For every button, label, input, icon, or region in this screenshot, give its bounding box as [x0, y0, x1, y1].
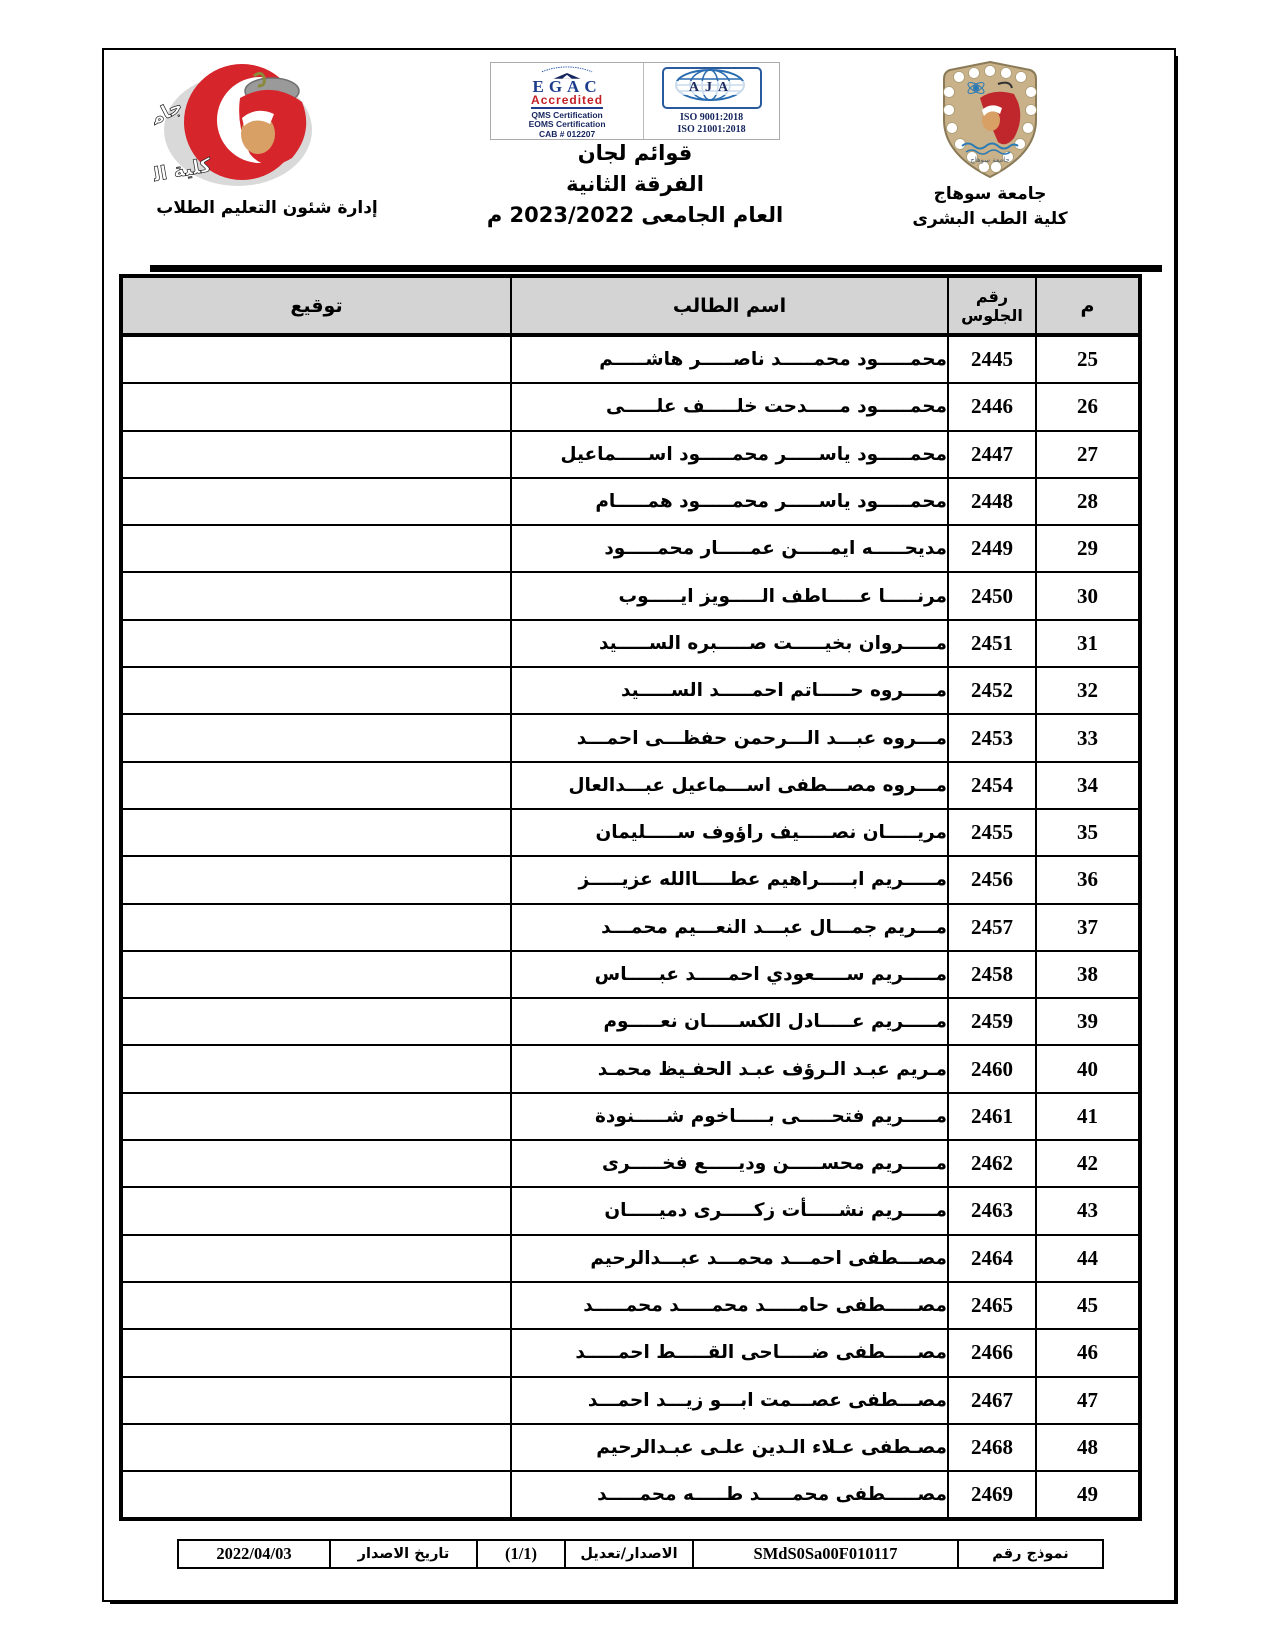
table-row: 41 2461 مـــــريم فتحـــــى بـــــاخوم ش…: [121, 1093, 1140, 1140]
table-header-row: م رقم الجلوس اسم الطالب توقيع: [121, 276, 1140, 335]
table-row: 36 2456 مـــــريم ابـــــراهيم عطـــــاا…: [121, 856, 1140, 903]
aja-iso-line-2: ISO 21001:2018: [678, 124, 746, 136]
student-name-cell: محمـــــود ياســـــر محمـــــود همـــــا…: [511, 478, 948, 525]
serial-cell: 43: [1036, 1187, 1140, 1234]
student-name-cell: مـريم عبـد الـرؤف عبـد الحفـيظ محمـد: [511, 1045, 948, 1092]
student-name-cell: مصـطفى عـلاء الـدين علـى عبـدالرحيم: [511, 1424, 948, 1471]
signature-cell: [121, 809, 511, 856]
signature-cell: [121, 620, 511, 667]
egac-arc-decoration: [507, 65, 627, 73]
egac-logo: EGAC Accredited QMS Certification EOMS C…: [491, 63, 644, 139]
table-row: 48 2468 مصـطفى عـلاء الـدين علـى عبـدالر…: [121, 1424, 1140, 1471]
serial-cell: 36: [1036, 856, 1140, 903]
signature-cell: [121, 335, 511, 383]
department-label: إدارة شئون التعليم الطلاب: [132, 198, 402, 218]
students-table: م رقم الجلوس اسم الطالب توقيع 25 2445 مح…: [119, 274, 1142, 1521]
serial-cell: 38: [1036, 951, 1140, 998]
serial-cell: 37: [1036, 904, 1140, 951]
table-row: 27 2447 محمـــــود ياســـــر محمـــــود …: [121, 431, 1140, 478]
title-line-3: العام الجامعى 2023/2022 م: [444, 200, 826, 231]
table-row: 40 2460 مـريم عبـد الـرؤف عبـد الحفـيظ م…: [121, 1045, 1140, 1092]
seat-number-cell: 2465: [948, 1282, 1036, 1329]
student-name-cell: مصـــطفى احمـــد محمـــد عبـــدالرحيم: [511, 1235, 948, 1282]
student-name-cell: مصـــــطفى ضـــــاحى القـــــط احمـــــد: [511, 1329, 948, 1376]
form-code-value: SMdS0Sa00F010117: [693, 1540, 958, 1568]
header-serial: م: [1036, 276, 1140, 335]
signature-cell: [121, 1187, 511, 1234]
serial-cell: 25: [1036, 335, 1140, 383]
serial-cell: 42: [1036, 1140, 1140, 1187]
student-name-cell: محمـــــود محمـــــد ناصـــــر هاشـــــم: [511, 335, 948, 383]
form-number-label: نموذج رقم: [958, 1540, 1103, 1568]
serial-cell: 33: [1036, 714, 1140, 761]
faculty-crescent-logo: جامعة سوهاج كلية الطب: [154, 58, 334, 193]
form-footer-table: 2022/04/03 تاريخ الاصدار (1/1) الاصدار/ت…: [177, 1539, 1104, 1569]
table-row: 38 2458 مـــــريم ســـــعودي احمـــــد ع…: [121, 951, 1140, 998]
signature-cell: [121, 998, 511, 1045]
document-page: { "colors": { "crescent_red": "#d6252b",…: [0, 0, 1275, 1650]
seat-number-cell: 2457: [948, 904, 1036, 951]
seat-number-cell: 2453: [948, 714, 1036, 761]
seat-number-cell: 2467: [948, 1377, 1036, 1424]
serial-cell: 48: [1036, 1424, 1140, 1471]
student-name-cell: مـــــريم محســـــن وديـــــع فخـــــرى: [511, 1140, 948, 1187]
student-name-cell: محمـــــود مـــــدحت خلـــــف علـــــى: [511, 383, 948, 430]
student-name-cell: مصـــطفى عصـــمت ابـــو زيـــد احمـــد: [511, 1377, 948, 1424]
header-divider-rule: [150, 265, 1162, 272]
seat-number-cell: 2459: [948, 998, 1036, 1045]
signature-cell: [121, 572, 511, 619]
signature-cell: [121, 1329, 511, 1376]
student-name-cell: مـــــريم فتحـــــى بـــــاخوم شـــــنود…: [511, 1093, 948, 1140]
issue-date-value: 2022/04/03: [178, 1540, 330, 1568]
egac-accredited-label: Accredited: [531, 94, 603, 109]
aja-name: AJA: [664, 81, 760, 95]
issue-date-label: تاريخ الاصدار: [330, 1540, 477, 1568]
seat-number-cell: 2446: [948, 383, 1036, 430]
serial-cell: 39: [1036, 998, 1140, 1045]
serial-cell: 44: [1036, 1235, 1140, 1282]
student-name-cell: مرنـــــا عـــــاطف الـــــويز ايـــــوب: [511, 572, 948, 619]
seat-number-cell: 2451: [948, 620, 1036, 667]
serial-cell: 29: [1036, 525, 1140, 572]
serial-cell: 46: [1036, 1329, 1140, 1376]
table-row: 34 2454 مـــروه مصـــطفى اســـماعيل عبــ…: [121, 762, 1140, 809]
title-line-2: الفرقة الثانية: [444, 169, 826, 200]
page-border-frame: جامعة سوهاج كلية الطب إدارة شئون التعليم…: [102, 48, 1176, 1602]
student-name-cell: مصـــــطفى محمـــــد طـــــه محمـــــد: [511, 1471, 948, 1519]
student-name-cell: مـــروه مصـــطفى اســـماعيل عبـــدالعال: [511, 762, 948, 809]
signature-cell: [121, 714, 511, 761]
signature-cell: [121, 525, 511, 572]
table-row: 37 2457 مـــريم جمـــال عبـــد النعـــيم…: [121, 904, 1140, 951]
egac-name: EGAC: [532, 79, 601, 94]
serial-cell: 27: [1036, 431, 1140, 478]
signature-cell: [121, 1093, 511, 1140]
serial-cell: 41: [1036, 1093, 1140, 1140]
seat-number-cell: 2454: [948, 762, 1036, 809]
student-name-cell: مريـــــان نصـــــيف راؤوف ســـــليمان: [511, 809, 948, 856]
students-tbody: 25 2445 محمـــــود محمـــــد ناصـــــر ه…: [121, 335, 1140, 1519]
seat-number-cell: 2447: [948, 431, 1036, 478]
seat-number-cell: 2445: [948, 335, 1036, 383]
signature-cell: [121, 383, 511, 430]
svg-text:جامعة سوهاج: جامعة سوهاج: [970, 156, 1009, 164]
table-row: 44 2464 مصـــطفى احمـــد محمـــد عبـــدا…: [121, 1235, 1140, 1282]
signature-cell: [121, 856, 511, 903]
student-name-cell: مـــــريم عـــــادل الكســـــان نعـــــو…: [511, 998, 948, 1045]
table-row: 33 2453 مـــروه عبـــد الـــرحمن حفظـــى…: [121, 714, 1140, 761]
table-row: 47 2467 مصـــطفى عصـــمت ابـــو زيـــد ا…: [121, 1377, 1140, 1424]
table-row: 35 2455 مريـــــان نصـــــيف راؤوف ســــ…: [121, 809, 1140, 856]
seat-number-cell: 2464: [948, 1235, 1036, 1282]
serial-cell: 45: [1036, 1282, 1140, 1329]
signature-cell: [121, 1140, 511, 1187]
seat-number-cell: 2466: [948, 1329, 1036, 1376]
university-caption: جامعة سوهاج كلية الطب البشرى: [884, 182, 1096, 232]
aja-logo: AJA ISO 9001:2018 ISO 21001:2018: [644, 63, 779, 139]
student-name-cell: مـــــريم ابـــــراهيم عطـــــاالله عزيـ…: [511, 856, 948, 903]
signature-cell: [121, 1045, 511, 1092]
table-row: 31 2451 مـــــروان بخيـــــت صـــــبره ا…: [121, 620, 1140, 667]
student-name-cell: مصـــــطفى حامـــــد محمـــــد محمـــــد: [511, 1282, 948, 1329]
student-name-cell: مـــــريم ســـــعودي احمـــــد عبـــــاس: [511, 951, 948, 998]
table-row: 49 2469 مصـــــطفى محمـــــد طـــــه محم…: [121, 1471, 1140, 1519]
table-row: 26 2446 محمـــــود مـــــدحت خلـــــف عل…: [121, 383, 1140, 430]
table-row: 46 2466 مصـــــطفى ضـــــاحى القـــــط ا…: [121, 1329, 1140, 1376]
serial-cell: 35: [1036, 809, 1140, 856]
certification-logos-box: EGAC Accredited QMS Certification EOMS C…: [490, 62, 780, 140]
issue-number-value: (1/1): [477, 1540, 565, 1568]
table-row: 32 2452 مـــــروه حـــــاتم احمـــــد ال…: [121, 667, 1140, 714]
aja-iso-line-1: ISO 9001:2018: [678, 112, 746, 124]
serial-cell: 34: [1036, 762, 1140, 809]
student-name-cell: مـــــريم نشـــــأت زكـــــرى دميـــــان: [511, 1187, 948, 1234]
seat-number-cell: 2458: [948, 951, 1036, 998]
seat-number-cell: 2452: [948, 667, 1036, 714]
seat-number-cell: 2469: [948, 1471, 1036, 1519]
table-row: 43 2463 مـــــريم نشـــــأت زكـــــرى دم…: [121, 1187, 1140, 1234]
seat-number-cell: 2456: [948, 856, 1036, 903]
table-row: 28 2448 محمـــــود ياســـــر محمـــــود …: [121, 478, 1140, 525]
seat-number-cell: 2450: [948, 572, 1036, 619]
serial-cell: 32: [1036, 667, 1140, 714]
seat-number-cell: 2449: [948, 525, 1036, 572]
seat-number-cell: 2455: [948, 809, 1036, 856]
seat-number-cell: 2463: [948, 1187, 1036, 1234]
signature-cell: [121, 1282, 511, 1329]
seat-number-cell: 2461: [948, 1093, 1036, 1140]
student-name-cell: محمـــــود ياســـــر محمـــــود اســـــم…: [511, 431, 948, 478]
header-seat-number: رقم الجلوس: [948, 276, 1036, 335]
serial-cell: 49: [1036, 1471, 1140, 1519]
signature-cell: [121, 904, 511, 951]
student-name-cell: مـــــروان بخيـــــت صـــــبره الســـــي…: [511, 620, 948, 667]
table-row: 39 2459 مـــــريم عـــــادل الكســـــان …: [121, 998, 1140, 1045]
serial-cell: 31: [1036, 620, 1140, 667]
header-signature: توقيع: [121, 276, 511, 335]
serial-cell: 40: [1036, 1045, 1140, 1092]
university-shield-logo: جامعة سوهاج: [934, 58, 1046, 182]
signature-cell: [121, 951, 511, 998]
serial-cell: 47: [1036, 1377, 1140, 1424]
aja-globe-icon: AJA: [662, 67, 762, 109]
signature-cell: [121, 1235, 511, 1282]
table-row: 45 2465 مصـــــطفى حامـــــد محمـــــد م…: [121, 1282, 1140, 1329]
document-title-block: قوائم لجان الفرقة الثانية العام الجامعى …: [444, 138, 826, 231]
student-name-cell: مديحـــــه ايمـــــن عمـــــار محمـــــو…: [511, 525, 948, 572]
seat-number-cell: 2468: [948, 1424, 1036, 1471]
student-name-cell: مـــــروه حـــــاتم احمـــــد الســـــيد: [511, 667, 948, 714]
table-row: 30 2450 مرنـــــا عـــــاطف الـــــويز ا…: [121, 572, 1140, 619]
table-row: 42 2462 مـــــريم محســـــن وديـــــع فخ…: [121, 1140, 1140, 1187]
signature-cell: [121, 667, 511, 714]
svg-text:كلية الطب: كلية الطب: [154, 154, 214, 193]
seat-number-cell: 2462: [948, 1140, 1036, 1187]
signature-cell: [121, 431, 511, 478]
seat-number-cell: 2460: [948, 1045, 1036, 1092]
header-student-name: اسم الطالب: [511, 276, 948, 335]
signature-cell: [121, 1471, 511, 1519]
serial-cell: 26: [1036, 383, 1140, 430]
title-line-1: قوائم لجان: [444, 138, 826, 169]
signature-cell: [121, 1377, 511, 1424]
signature-cell: [121, 1424, 511, 1471]
faculty-name: كلية الطب البشرى: [884, 207, 1096, 232]
table-row: 25 2445 محمـــــود محمـــــد ناصـــــر ه…: [121, 335, 1140, 383]
serial-cell: 30: [1036, 572, 1140, 619]
seat-number-cell: 2448: [948, 478, 1036, 525]
student-name-cell: مـــريم جمـــال عبـــد النعـــيم محمـــد: [511, 904, 948, 951]
student-name-cell: مـــروه عبـــد الـــرحمن حفظـــى احمـــد: [511, 714, 948, 761]
signature-cell: [121, 762, 511, 809]
university-name: جامعة سوهاج: [884, 182, 1096, 207]
issue-number-label: الاصدار/تعديل: [565, 1540, 693, 1568]
serial-cell: 28: [1036, 478, 1140, 525]
signature-cell: [121, 478, 511, 525]
table-row: 29 2449 مديحـــــه ايمـــــن عمـــــار م…: [121, 525, 1140, 572]
